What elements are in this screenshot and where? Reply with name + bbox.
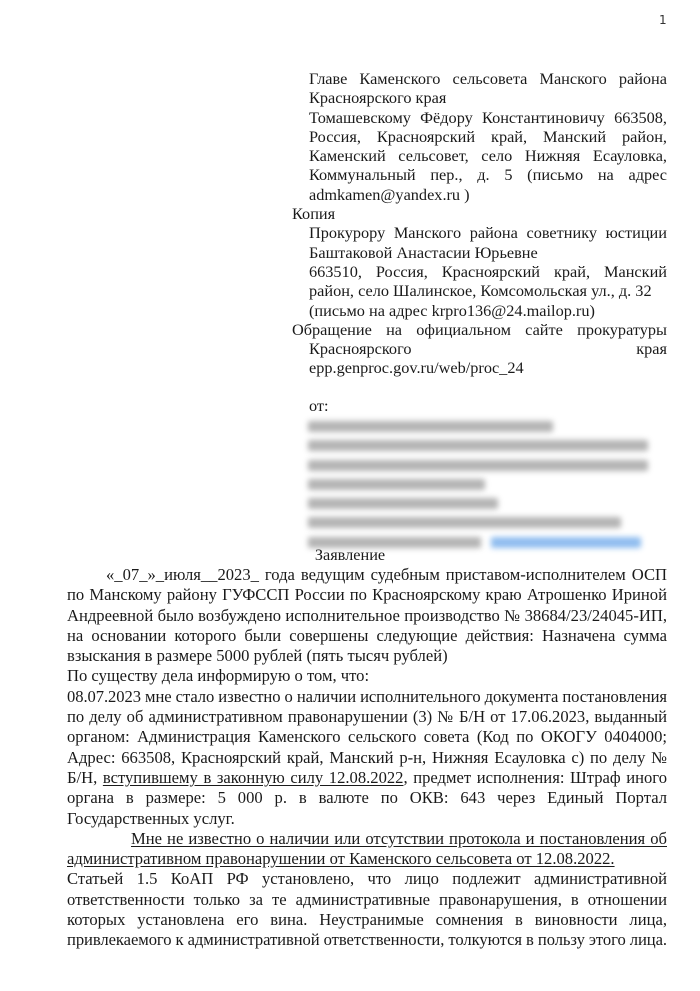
statement-line: Мне не известно о наличии или отсутствии…	[67, 829, 667, 849]
statement-line: органом: Администрация Каменского сельск…	[67, 727, 667, 747]
copy-recipient-line: Прокурору Манского района советнику юсти…	[309, 223, 667, 242]
underlined-text: административном правонарушении от Камен…	[67, 849, 615, 868]
page-number: 1	[659, 13, 667, 27]
statement-line: Статьей 1.5 КоАП РФ установлено, что лиц…	[67, 869, 667, 889]
statement-line: привлекаемого к административной ответст…	[67, 930, 667, 950]
statement-line: 08.07.2023 мне стало известно о наличии …	[67, 687, 667, 707]
redacted-text-line	[308, 421, 553, 432]
addressee-line: Россия, Красноярский край, Манский район…	[309, 127, 667, 146]
copy-recipient-line: район, село Шалинское, Комсомольская ул.…	[309, 281, 667, 300]
copy-recipient: Прокурору Манского района советнику юсти…	[292, 223, 667, 319]
statement-body: «_07_»_июля__2023_ года ведущим судебным…	[67, 565, 667, 951]
addressee-head: Главе Каменского сельсовета Манского рай…	[292, 69, 667, 204]
redacted-text-line	[308, 517, 621, 528]
appeal-line: epp.genproc.gov.ru/web/proc_24	[309, 358, 667, 377]
addressee-line: Коммунальный пер., д. 5 (письмо на адрес	[309, 165, 667, 184]
statement-line: ответственности только за те администрат…	[67, 890, 667, 910]
redacted-text-line	[308, 498, 498, 509]
copy-recipient-line: 663510, Россия, Красноярский край, Манск…	[309, 262, 667, 281]
statement-line: по делу об административном правонарушен…	[67, 707, 667, 727]
statement-line: Государственных услуг.	[67, 809, 667, 829]
statement-line: взыскания в размере 5000 рублей (пять ты…	[67, 646, 667, 666]
copy-label: Копия	[292, 204, 667, 223]
statement-line: по Манскому району ГУФССП России по Крас…	[67, 585, 667, 605]
redacted-text-line	[308, 440, 648, 451]
addressee-line: Томашевскому Фёдору Константиновичу 6635…	[309, 108, 667, 127]
addressee-line: Каменский сельсовет, село Нижняя Есаулов…	[309, 146, 667, 165]
addressee-line: Красноярского края	[309, 88, 667, 107]
statement-line: которых установлена его вина. Неустраним…	[67, 910, 667, 930]
sender-redacted-block	[308, 421, 648, 556]
redacted-text-line	[308, 479, 485, 490]
underlined-text: вступившему в законную силу 12.08.2022	[103, 768, 404, 787]
sender-label: от:	[309, 396, 329, 416]
statement-line: По существу дела информирую о том, что:	[67, 666, 667, 686]
addressee-block: Главе Каменского сельсовета Манского рай…	[292, 69, 667, 378]
addressee-line: admkamen@yandex.ru )	[309, 185, 667, 204]
redacted-text-line	[308, 460, 648, 471]
statement-line: на основании которого были совершены сле…	[67, 626, 667, 646]
statement-title: Заявление	[0, 545, 700, 565]
underlined-text: Мне не известно о наличии или отсутствии…	[131, 829, 667, 848]
appeal-line: Обращение на официальном сайте прокурату…	[292, 320, 667, 339]
appeal-line: Красноярского края	[309, 339, 667, 358]
statement-line: Адрес: 663508, Красноярский край, Мански…	[67, 748, 667, 768]
copy-recipient-line: Баштаковой Анастасии Юрьевне	[309, 243, 667, 262]
statement-line: Б/Н, вступившему в законную силу 12.08.2…	[67, 768, 667, 788]
copy-recipient-line: (письмо на адрес krpro136@24.mailop.ru)	[309, 301, 667, 320]
statement-line: административном правонарушении от Камен…	[67, 849, 667, 869]
statement-line: органа в размере: 5 000 р. в валюте по О…	[67, 788, 667, 808]
appeal-details: Красноярского краяepp.genproc.gov.ru/web…	[292, 339, 667, 378]
statement-line: «_07_»_июля__2023_ года ведущим судебным…	[67, 565, 667, 585]
statement-line: Андреевной было возбуждено исполнительно…	[67, 606, 667, 626]
addressee-line: Главе Каменского сельсовета Манского рай…	[309, 69, 667, 88]
